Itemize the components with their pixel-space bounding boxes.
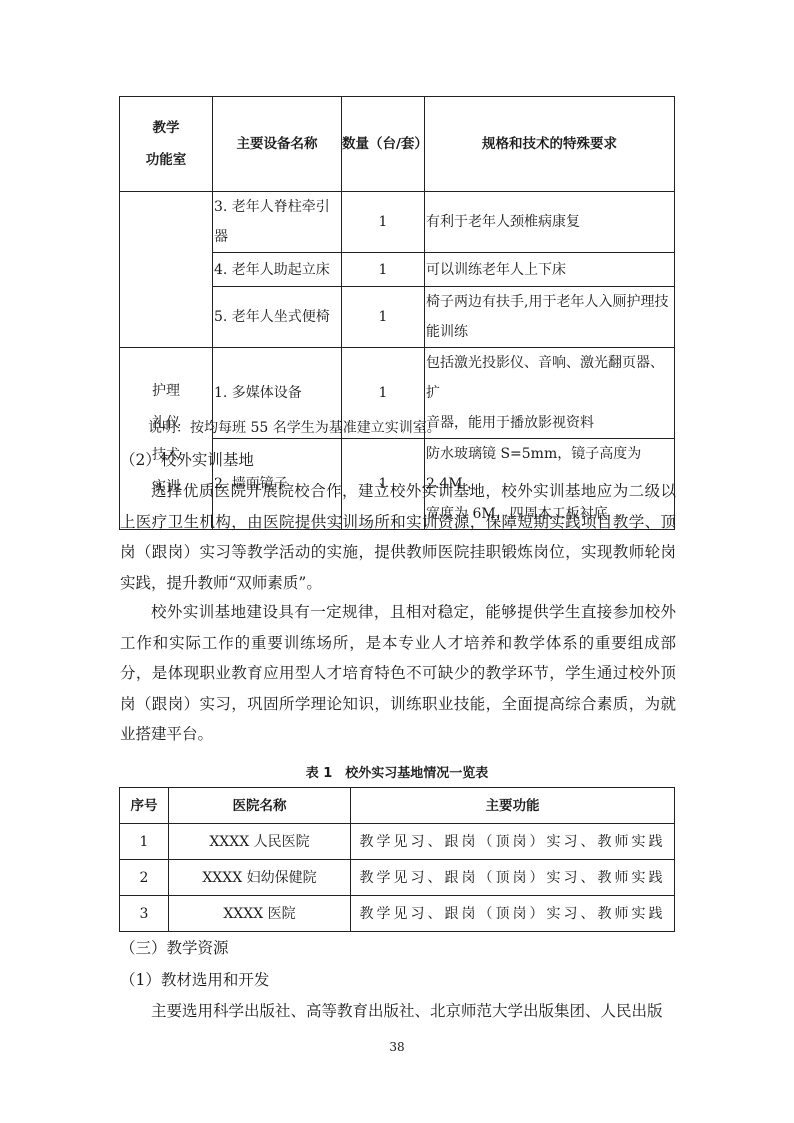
quantity-cell: 1	[342, 192, 425, 253]
section-heading: （2）校外实训基地	[120, 445, 254, 475]
quantity-cell: 1	[342, 287, 425, 348]
spec-cell: 包括激光投影仪、音响、激光翻页器、扩 音器，能用于播放影视资料	[425, 348, 675, 439]
paragraph: 主要选用科学出版社、高等教育出版社、北京师范大学出版集团、人民出版	[120, 996, 676, 1027]
header-spec: 规格和技术的特殊要求	[425, 97, 675, 192]
table-note: 说明：按均每班 55 名学生为基准建立实训室。	[148, 413, 441, 443]
header-function: 主要功能	[351, 788, 675, 824]
spec-line: 能训练	[426, 317, 674, 347]
function-cell: 教学见习、跟岗（顶岗）实习、教师实践	[351, 824, 675, 860]
no-cell: 3	[120, 896, 169, 932]
spec-cell: 椅子两边有扶手,用于老年人入厕护理技 能训练	[425, 287, 675, 348]
spec-cell: 有利于老年人颈椎病康复	[425, 192, 675, 253]
name-cell: XXXX 人民医院	[169, 824, 351, 860]
name-cell: XXXX 医院	[169, 896, 351, 932]
document-page: 教学 功能室 主要设备名称 数量（台/套） 规格和技术的特殊要求 3. 老年人脊…	[0, 0, 794, 1123]
name-cell: XXXX 妇幼保健院	[169, 860, 351, 896]
spec-line: 音器，能用于播放影视资料	[426, 408, 674, 438]
table-header-row: 序号 医院名称 主要功能	[120, 788, 675, 824]
function-cell: 教学见习、跟岗（顶岗）实习、教师实践	[351, 860, 675, 896]
paragraph: 校外实训基地建设具有一定规律，且相对稳定，能够提供学生直接参加校外工作和实际工作…	[120, 597, 676, 750]
equipment-cell: 3. 老年人脊柱牵引器	[213, 192, 342, 253]
function-cell: 教学见习、跟岗（顶岗）实习、教师实践	[351, 896, 675, 932]
header-room-line1: 教学	[120, 112, 212, 144]
equipment-cell: 5. 老年人坐式便椅	[213, 287, 342, 348]
hospital-table: 序号 医院名称 主要功能 1 XXXX 人民医院 教学见习、跟岗（顶岗）实习、教…	[119, 787, 675, 932]
header-equipment: 主要设备名称	[213, 97, 342, 192]
spec-line: 椅子两边有扶手,用于老年人入厕护理技	[426, 287, 674, 317]
room-cell-empty	[120, 192, 213, 348]
table-row: 2 XXXX 妇幼保健院 教学见习、跟岗（顶岗）实习、教师实践	[120, 860, 675, 896]
header-name: 医院名称	[169, 788, 351, 824]
section-heading: （三）教学资源	[120, 933, 229, 963]
no-cell: 2	[120, 860, 169, 896]
table-row: 3 XXXX 医院 教学见习、跟岗（顶岗）实习、教师实践	[120, 896, 675, 932]
header-room-line2: 功能室	[120, 144, 212, 176]
equipment-cell: 4. 老年人助起立床	[213, 253, 342, 287]
header-quantity: 数量（台/套）	[342, 97, 425, 192]
table-row: 1 XXXX 人民医院 教学见习、跟岗（顶岗）实习、教师实践	[120, 824, 675, 860]
spec-cell: 可以训练老年人上下床	[425, 253, 675, 287]
table-caption: 表 1 校外实习基地情况一览表	[0, 762, 794, 781]
table-row: 3. 老年人脊柱牵引器 1 有利于老年人颈椎病康复	[120, 192, 675, 253]
page-number: 38	[0, 1040, 794, 1054]
sub-heading: （1）教材选用和开发	[120, 965, 269, 995]
room-line: 护理	[120, 375, 212, 407]
no-cell: 1	[120, 824, 169, 860]
quantity-cell: 1	[342, 253, 425, 287]
header-room: 教学 功能室	[120, 97, 213, 192]
header-no: 序号	[120, 788, 169, 824]
paragraph: 选择优质医院开展院校合作，建立校外实训基地，校外实训基地应为二级以上医疗卫生机构…	[120, 476, 676, 598]
table-header-row: 教学 功能室 主要设备名称 数量（台/套） 规格和技术的特殊要求	[120, 97, 675, 192]
spec-line: 包括激光投影仪、音响、激光翻页器、扩	[426, 348, 674, 408]
